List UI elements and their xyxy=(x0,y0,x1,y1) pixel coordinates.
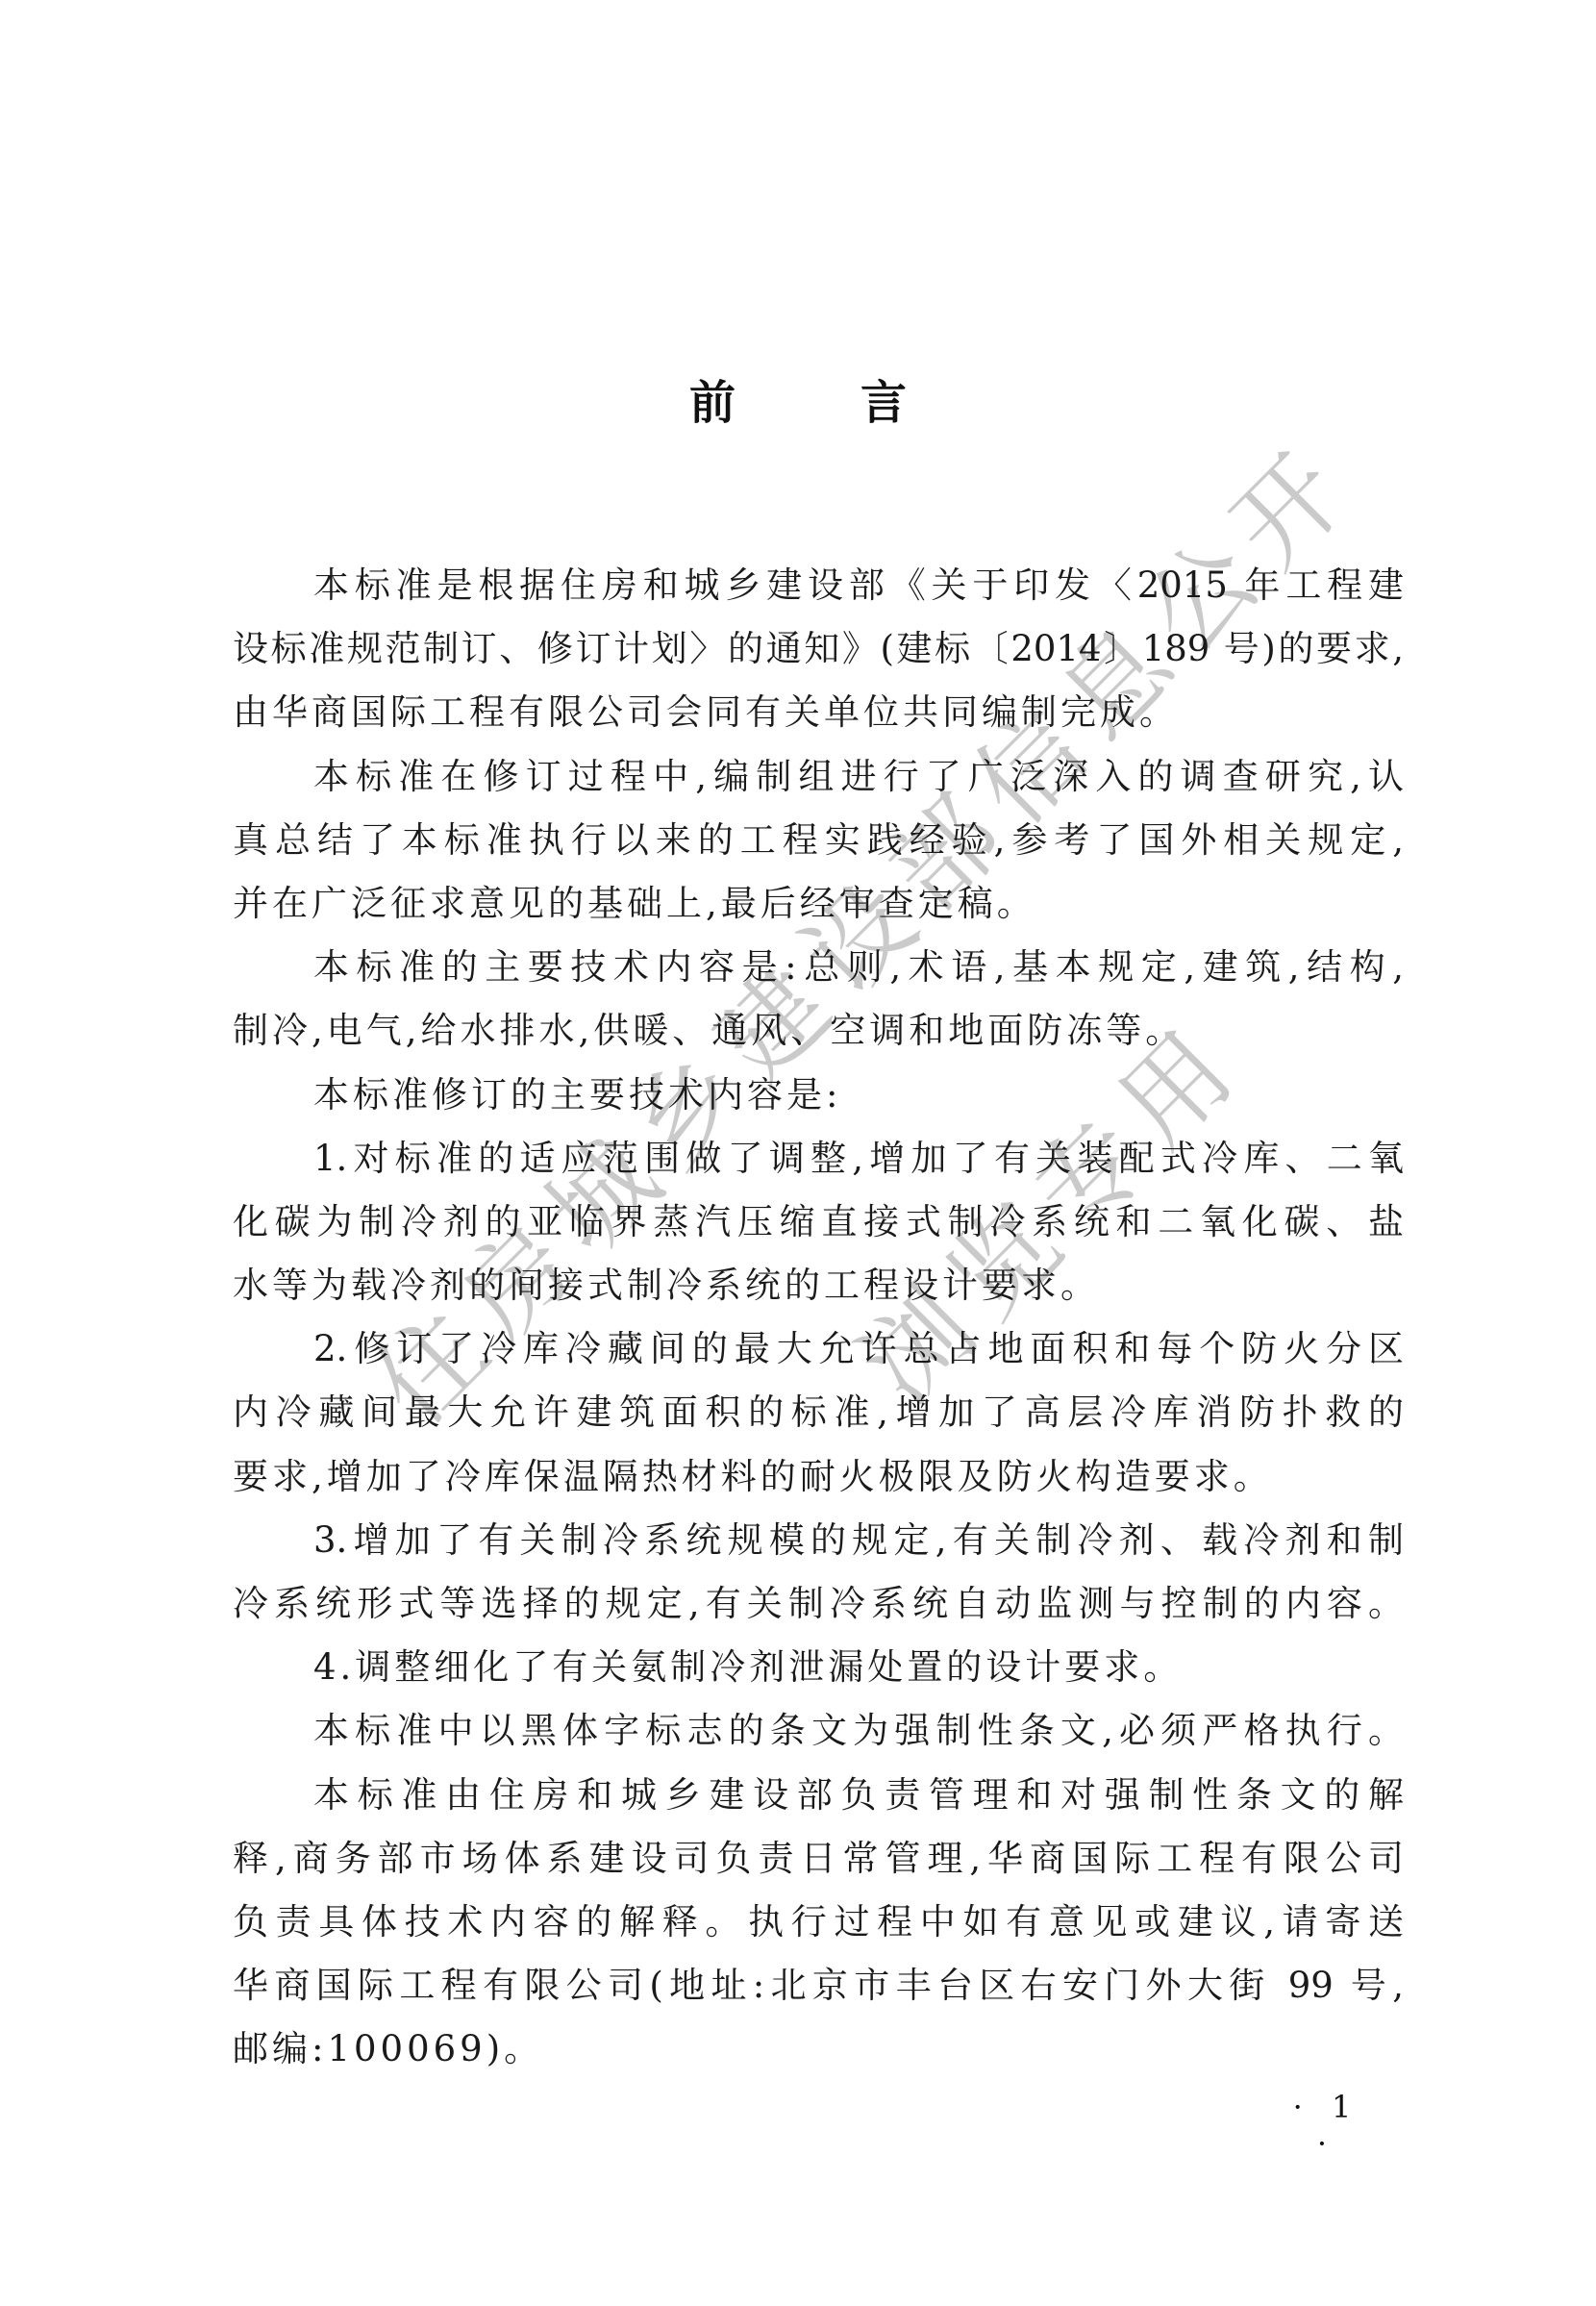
text-line: 负责具体技术内容的解释。执行过程中如有意见或建议,请寄送 xyxy=(233,1898,1404,1962)
text-line: 设标准规范制订、修订计划〉的通知》(建标〔2014〕189 号)的要求, xyxy=(233,625,1404,689)
list-item-2: 2.修订了冷库冷藏间的最大允许总占地面积和每个防火分区 xyxy=(233,1325,1404,1389)
text-line: 本标准由住房和城乡建设部负责管理和对强制性条文的解 xyxy=(233,1771,1404,1835)
text-line: 本标准修订的主要技术内容是: xyxy=(233,1071,1404,1135)
text-line: 本标准在修订过程中,编制组进行了广泛深入的调查研究,认 xyxy=(233,753,1404,816)
text-layer: 前言 本标准是根据住房和城乡建设部《关于印发〈2015 年工程建 设标准规范制订… xyxy=(0,0,1596,2306)
text-line: 华商国际工程有限公司(地址:北京市丰台区右安门外大街 99 号, xyxy=(233,1962,1404,2025)
list-item-1: 1.对标准的适应范围做了调整,增加了有关装配式冷库、二氧 xyxy=(233,1135,1404,1198)
text-line: 本标准的主要技术内容是:总则,术语,基本规定,建筑,结构, xyxy=(233,943,1404,1007)
list-item-4: 4.调整细化了有关氨制冷剂泄漏处置的设计要求。 xyxy=(233,1643,1404,1707)
text-line: 真总结了本标准执行以来的工程实践经验,参考了国外相关规定, xyxy=(233,816,1404,880)
text-line: 水等为载冷剂的间接式制冷系统的工程设计要求。 xyxy=(233,1262,1404,1325)
text-line: 内冷藏间最大允许建筑面积的标准,增加了高层冷库消防扑救的 xyxy=(233,1389,1404,1452)
document-page: 住房城乡建设部信息公开 浏览专用 前言 本标准是根据住房和城乡建设部《关于印发〈… xyxy=(0,0,1596,2306)
page-title: 前言 xyxy=(0,365,1596,432)
text-line: 释,商务部市场体系建设司负责日常管理,华商国际工程有限公司 xyxy=(233,1835,1404,1898)
text-line: 本标准是根据住房和城乡建设部《关于印发〈2015 年工程建 xyxy=(233,562,1404,625)
list-item-3: 3.增加了有关制冷系统规模的规定,有关制冷剂、载冷剂和制 xyxy=(233,1516,1404,1580)
text-line: 邮编:100069)。 xyxy=(233,2025,1404,2089)
title-char-2: 言 xyxy=(860,365,907,432)
text-line: 本标准中以黑体字标志的条文为强制性条文,必须严格执行。 xyxy=(233,1707,1404,1770)
text-line: 化碳为制冷剂的亚临界蒸汽压缩直接式制冷系统和二氧化碳、盐 xyxy=(233,1198,1404,1262)
text-line: 并在广泛征求意见的基础上,最后经审查定稿。 xyxy=(233,880,1404,943)
page-number: · 1 · xyxy=(1279,2089,1375,2162)
text-line: 冷系统形式等选择的规定,有关制冷系统自动监测与控制的内容。 xyxy=(233,1580,1404,1643)
text-line: 由华商国际工程有限公司会同有关单位共同编制完成。 xyxy=(233,689,1404,752)
preface-body: 本标准是根据住房和城乡建设部《关于印发〈2015 年工程建 设标准规范制订、修订… xyxy=(233,562,1404,2090)
text-line: 要求,增加了冷库保温隔热材料的耐火极限及防火构造要求。 xyxy=(233,1453,1404,1516)
text-line: 制冷,电气,给水排水,供暖、通风、空调和地面防冻等。 xyxy=(233,1007,1404,1070)
title-char-1: 前 xyxy=(689,365,736,432)
